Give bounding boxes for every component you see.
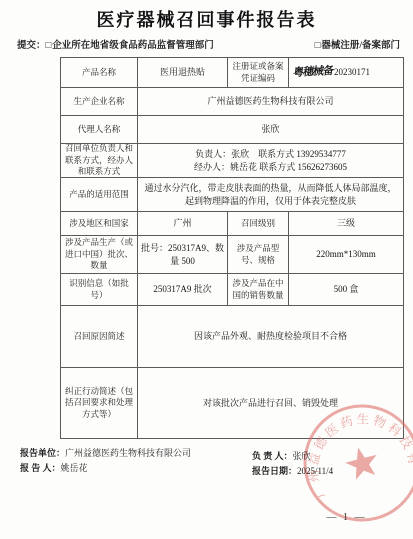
scope-label: 产品的适用范围 [61,178,138,212]
report-unit-value: 广州益德医药生物科技有限公司 [65,448,191,458]
contacts-value: 负责人：张欣 联系方式 13929534777 经办人：姚岳花 联系方式 156… [138,144,404,178]
checkbox-icon: □ [46,41,52,51]
batches-value: 批号：250317A9、数量 500 [138,236,228,274]
responsible-value: 张欣 [293,451,311,461]
page-number: — 1 — [0,512,413,523]
china-sales-value: 500 盒 [289,274,404,306]
reporter-label: 报 告 人： [20,463,61,473]
contacts-label: 召回单位负责人和联系方式，经办人和联系方式 [61,144,138,178]
submit-option-local: 提交：□企业所在地省级食品药品监督管理部门 [17,37,214,51]
reporter-value: 姚岳花 [61,463,88,473]
recall-report-table: 产品名称 医用退热贴 注册证或备案凭证编码 粤穗械备 20230171 生产企业… [60,57,404,439]
submit-option-registration-label: 器械注册/备案部门 [321,41,400,51]
submit-option-local-label: 企业所在地省级食品药品监督管理部门 [52,41,214,51]
model-spec-value: 220mm*130mm [289,236,404,274]
model-spec-label: 涉及产品型号、规格 [228,236,289,274]
recall-reason-label: 召回原因简述 [61,306,138,368]
manufacturer-label: 生产企业名称 [61,88,138,116]
regions-value: 广州 [138,212,228,236]
agent-value: 张欣 [138,116,404,144]
responsible-line: 负 责 人：张欣 [252,449,333,464]
product-name-value: 医用退热贴 [138,58,228,88]
contacts-line2: 经办人：姚岳花 联系方式 15626273605 [194,161,347,173]
registration-label: 注册证或备案凭证编码 [228,58,289,88]
submit-line: 提交：□企业所在地省级食品药品监督管理部门 □器械注册/备案部门 [17,37,400,51]
footer-right: 负 责 人：张欣 报告日期：2025/11/4 [252,449,333,479]
china-sales-label: 涉及产品在中国的销售数量 [228,274,289,306]
manufacturer-value: 广州益德医药生物科技有限公司 [138,88,404,116]
identification-label: 识别信息（如批号） [61,274,138,306]
registration-value: 粤穗械备 20230171 [289,58,404,88]
report-unit-line: 报告单位：广州益德医药生物科技有限公司 [20,446,191,461]
agent-label: 代理人名称 [61,116,138,144]
submit-option-registration: □器械注册/备案部门 [315,37,400,51]
report-date-label: 报告日期： [252,466,297,476]
recall-level-label: 召回级别 [228,212,289,236]
reporter-line: 报 告 人：姚岳花 [20,461,191,476]
scope-value: 通过水分汽化，带走皮肤表面的热量，从而降低人体局部温度，起到物理降温的作用，仅用… [138,178,404,212]
corrective-action-label: 纠正行动简述（包括召回要求和处理方式等） [61,368,138,439]
page-title: 医疗器械召回事件报告表 [0,6,413,32]
stamp-star-icon [342,444,381,482]
responsible-label: 负 责 人： [252,451,293,461]
handwritten-registration-prefix: 粤穗械备 [292,64,334,81]
recall-level-value: 三级 [289,212,404,236]
report-unit-label: 报告单位： [20,448,65,458]
checkbox-icon: □ [315,41,321,51]
report-date-value: 2025/11/4 [297,466,333,476]
batches-label: 涉及产品生产（或进口中国）批次、数量 [61,236,138,274]
report-date-line: 报告日期：2025/11/4 [252,464,333,479]
corrective-action-value: 对该批次产品进行召回、销毁处理 [138,368,404,439]
regions-label: 涉及地区和国家 [61,212,138,236]
submit-prefix: 提交： [17,41,46,51]
product-name-label: 产品名称 [61,58,138,88]
registration-number: 20230171 [334,66,370,78]
footer-left: 报告单位：广州益德医药生物科技有限公司 报 告 人：姚岳花 [20,446,191,476]
contacts-line1: 负责人：张欣 联系方式 13929534777 [195,148,346,160]
recall-reason-value: 因该产品外观、耐热度检验项目不合格 [138,306,404,368]
recall-report-page: 医疗器械召回事件报告表 提交：□企业所在地省级食品药品监督管理部门 □器械注册/… [0,0,413,539]
identification-value: 250317A9 批次 [138,274,228,306]
